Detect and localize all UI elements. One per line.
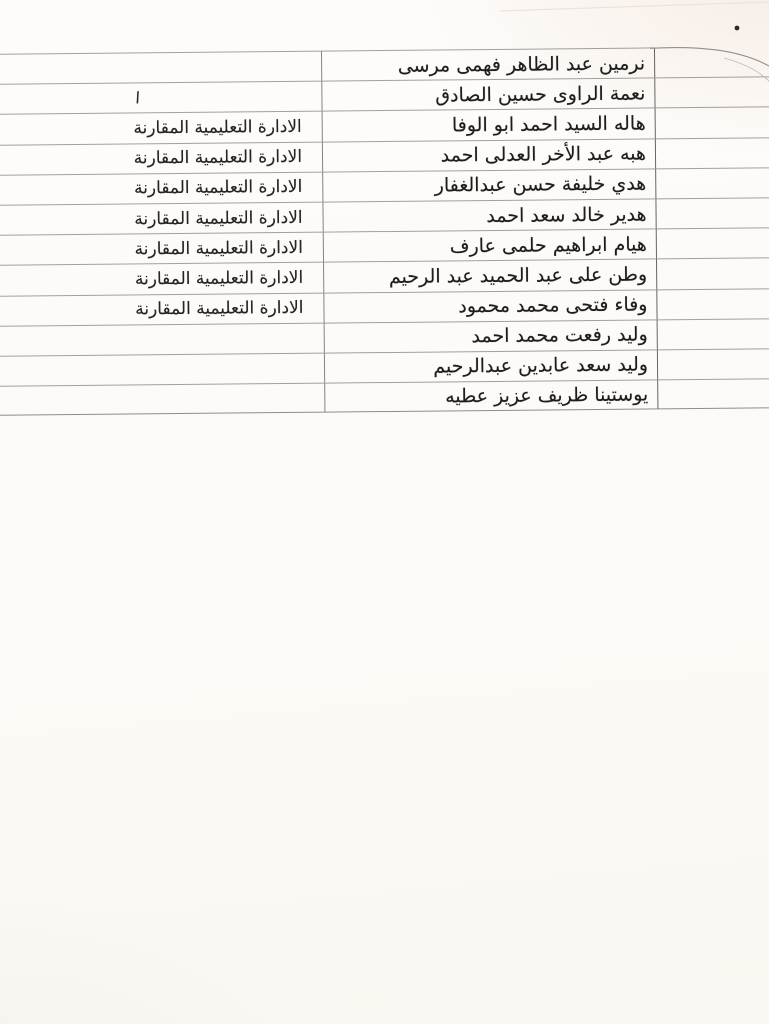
number-cell: ٧ (658, 378, 769, 410)
admin-cell: الادارة التعليمية المقارنة (0, 141, 323, 175)
number-cell: ٧ (656, 167, 769, 199)
name-cell: نعمة الراوى حسين الصادق (322, 78, 655, 111)
person-name: نعمة الراوى حسين الصادق (435, 82, 645, 106)
number-cell: ٦ (655, 76, 769, 108)
admin-cell: الادارة التعليمية المقارنة (0, 171, 323, 205)
admin-cell (0, 352, 325, 386)
person-name: نرمين عبد الظاهر فهمى مرسى (398, 52, 646, 76)
admin-label: ا (134, 89, 140, 108)
admin-cell: الادارة التعليمية المقارنة (0, 232, 324, 266)
name-cell: هيام ابراهيم حلمى عارف (324, 229, 657, 262)
name-cell: وليد سعد عابدين عبدالرحيم (325, 349, 658, 382)
admin-label: الادارة التعليمية المقارنة (134, 177, 302, 199)
names-table: نرمين عبد الظاهر فهمى مرسى ا نعمة الراوى… (0, 46, 769, 416)
number-cell (655, 46, 769, 78)
number-cell: ٧ (658, 318, 769, 350)
name-cell: هدي خليفة حسن عبدالغفار (323, 168, 656, 201)
number-cell: ٧ (657, 287, 769, 319)
admin-label: الادارة التعليمية المقارنة (134, 147, 302, 169)
person-name: هدي خليفة حسن عبدالغفار (435, 173, 647, 197)
admin-label: الادارة التعليمية المقارنة (135, 298, 303, 320)
admin-cell: الادارة التعليمية المقارنة (0, 111, 323, 145)
person-name: وليد رفعت محمد احمد (471, 324, 647, 348)
admin-cell: الادارة التعليمية المقارنة (0, 292, 325, 326)
name-cell: هبه عبد الأخر العدلى احمد (323, 138, 656, 171)
name-cell: هدير خالد سعد احمد (323, 198, 656, 231)
admin-label: الادارة التعليمية المقارنة (135, 238, 303, 260)
name-cell: هاله السيد احمد ابو الوفا (323, 108, 656, 141)
number-cell: ٧ (657, 227, 769, 259)
person-name: هبه عبد الأخر العدلى احمد (441, 143, 647, 167)
number-cell: ٧ (658, 348, 769, 380)
admin-label: الادارة التعليمية المقارنة (134, 207, 302, 229)
ink-dot (735, 26, 740, 31)
person-name: وطن على عبد الحميد عبد الرحيم (389, 263, 647, 287)
name-cell: نرمين عبد الظاهر فهمى مرسى (322, 47, 655, 80)
page-edge-line (500, 2, 769, 11)
person-name: يوستينا ظريف عزيز عطيه (445, 384, 648, 408)
number-cell: ٧ (656, 136, 769, 168)
admin-cell: الادارة التعليمية المقارنة (0, 262, 324, 296)
admin-label: الادارة التعليمية المقارنة (133, 117, 301, 139)
admin-cell (0, 322, 325, 356)
person-name: هيام ابراهيم حلمى عارف (450, 233, 647, 257)
number-cell: ٧ (656, 106, 769, 138)
name-cell: وفاء فتحى محمد محمود (324, 289, 657, 322)
admin-cell (0, 51, 322, 85)
number-cell: ٧ (657, 257, 769, 289)
name-cell: وليد رفعت محمد احمد (325, 319, 658, 352)
person-name: وليد سعد عابدين عبدالرحيم (433, 354, 648, 378)
admin-cell: الادارة التعليمية المقارنة (0, 202, 324, 236)
person-name: هدير خالد سعد احمد (486, 203, 646, 227)
name-cell: يوستينا ظريف عزيز عطيه (325, 379, 658, 412)
admin-cell (0, 383, 325, 417)
person-name: وفاء فتحى محمد محمود (458, 294, 647, 318)
admin-cell: ا (0, 81, 323, 115)
name-cell: وطن على عبد الحميد عبد الرحيم (324, 259, 657, 292)
number-cell: ٧ (656, 197, 769, 229)
person-name: هاله السيد احمد ابو الوفا (452, 112, 646, 136)
scanned-page: نرمين عبد الظاهر فهمى مرسى ا نعمة الراوى… (0, 0, 769, 1024)
admin-label: الادارة التعليمية المقارنة (135, 268, 303, 290)
